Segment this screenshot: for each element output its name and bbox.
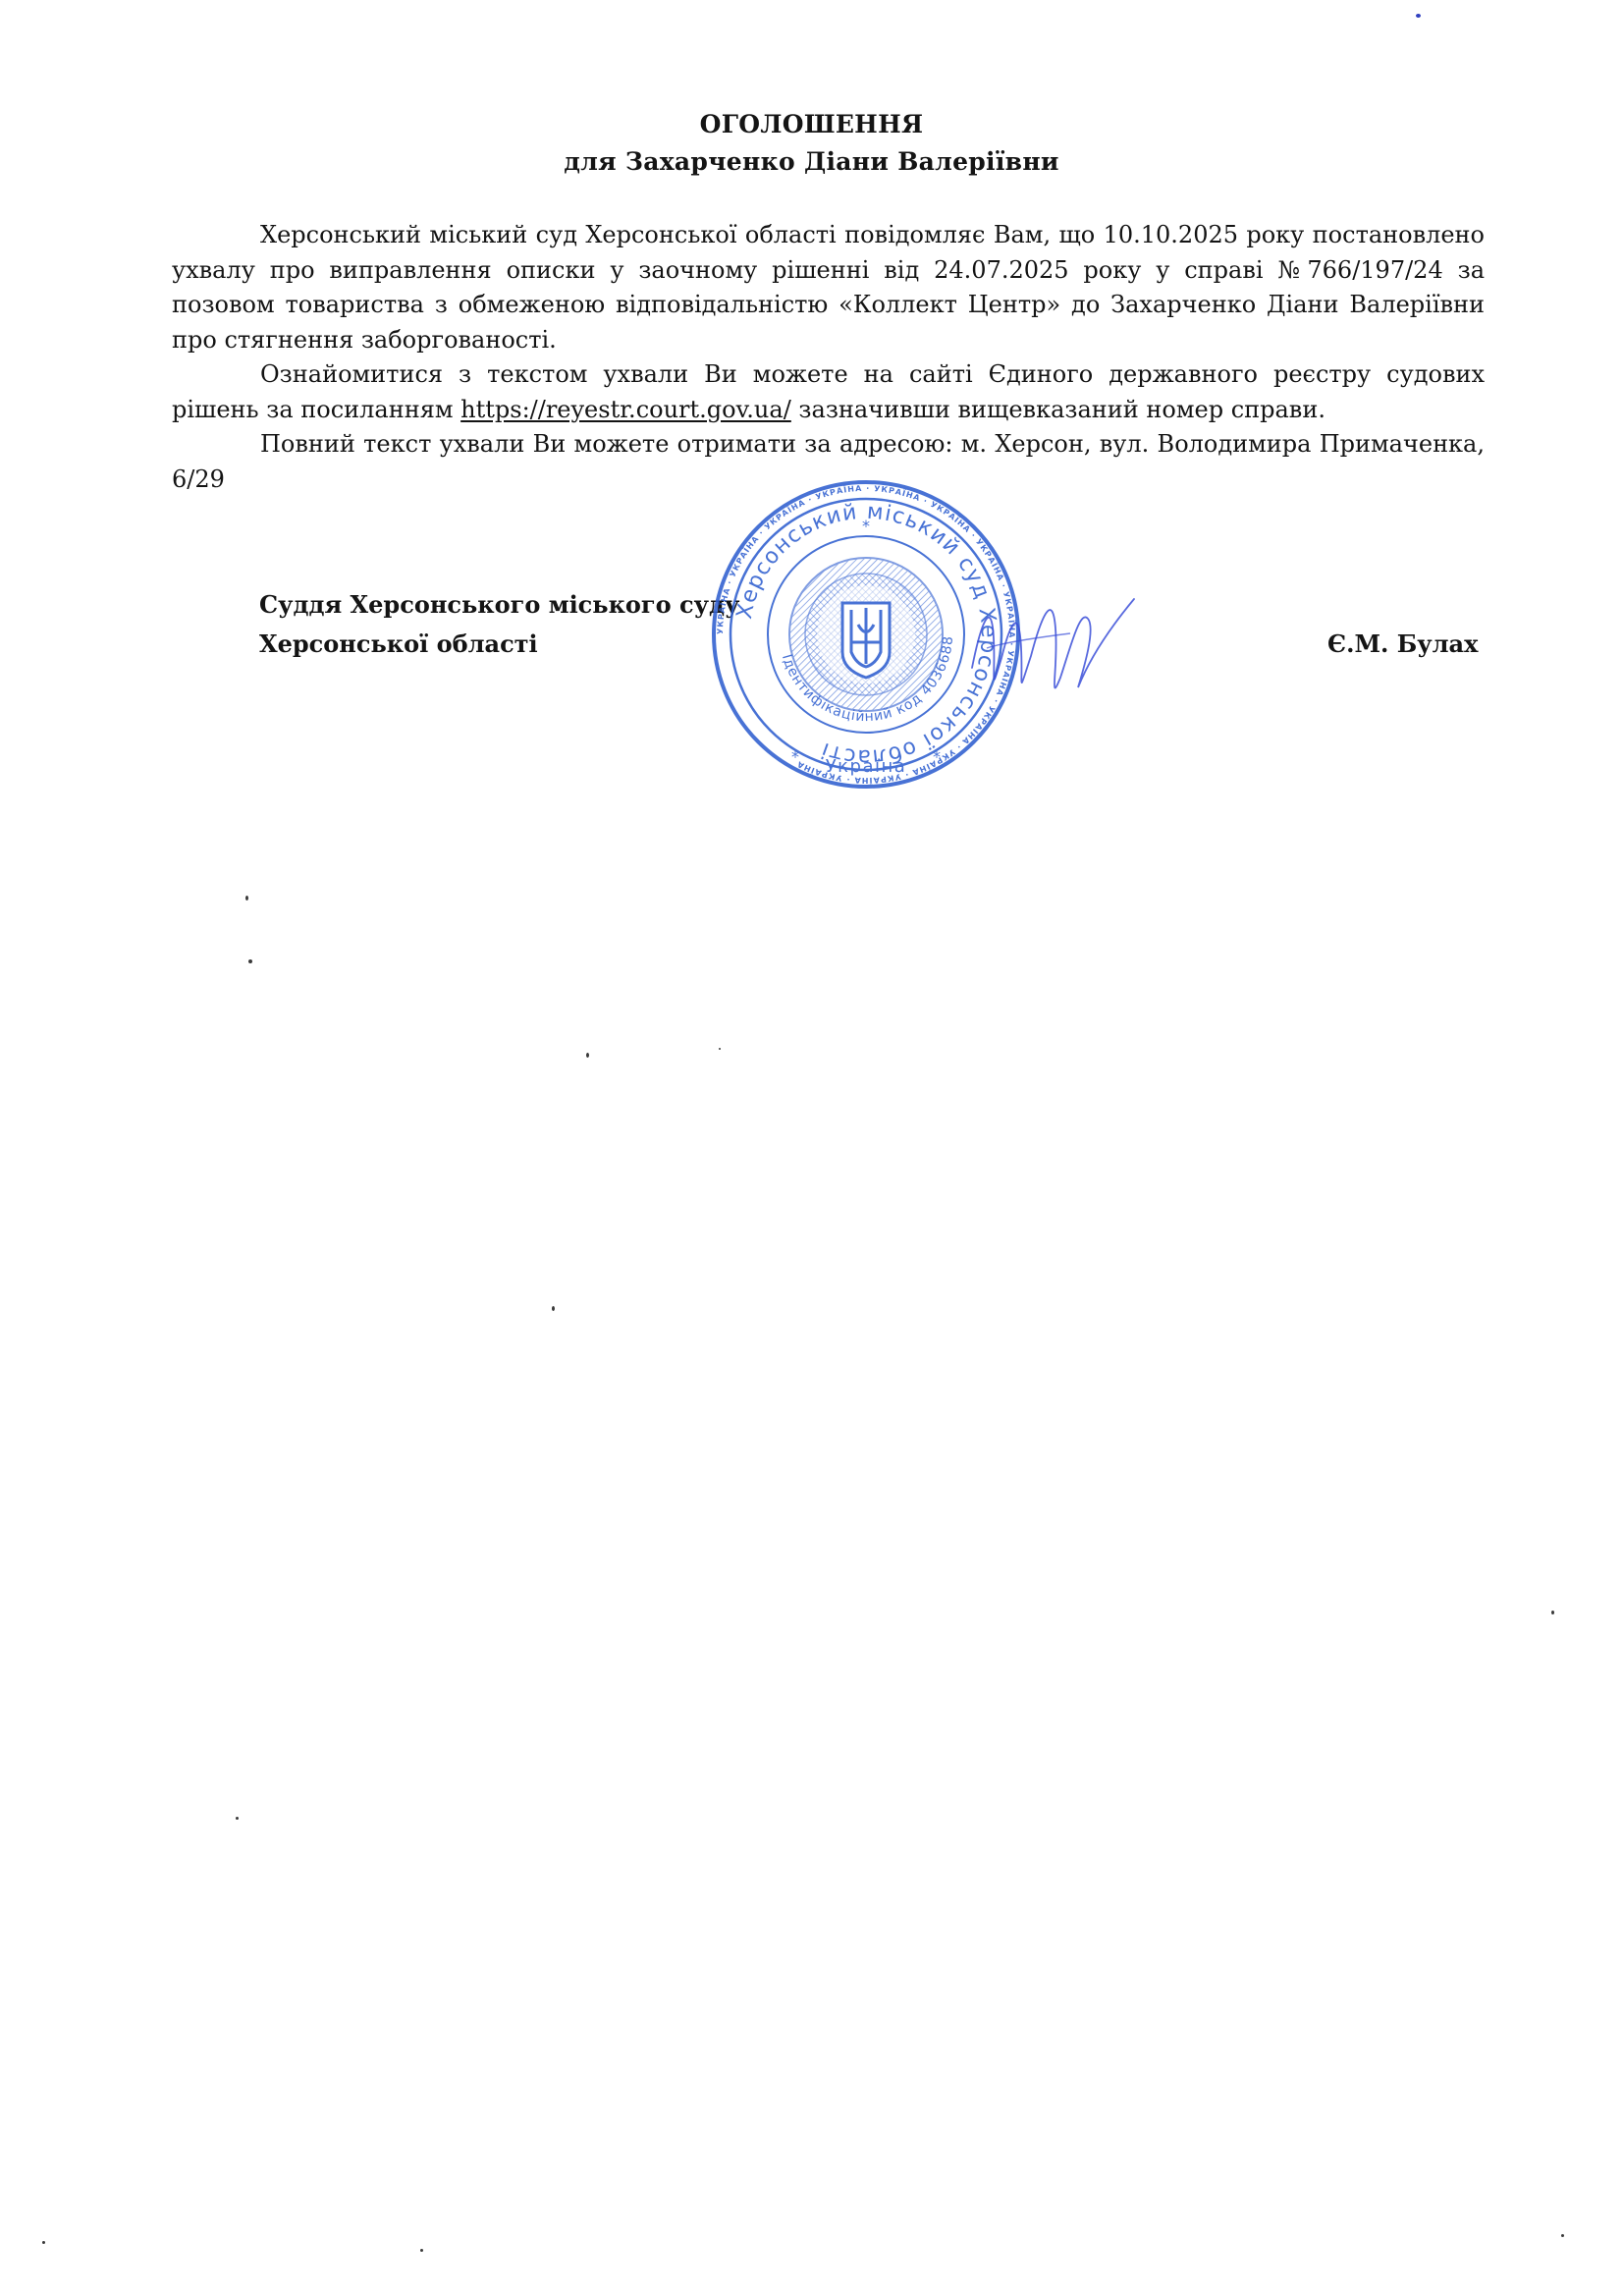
- scan-speck: [248, 959, 252, 963]
- scan-speck: [245, 896, 248, 901]
- scan-speck: [42, 2241, 45, 2244]
- scan-speck: [552, 1306, 555, 1311]
- svg-text:Ідентифікаційний код 40366886: Ідентифікаційний код 40366886: [709, 477, 956, 725]
- scan-speck: [1551, 1611, 1554, 1614]
- scan-speck: [1561, 2234, 1564, 2237]
- document-subtitle: для Захарченко Діани Валеріївни: [0, 147, 1623, 176]
- svg-text:*: *: [862, 517, 870, 535]
- scan-speck: [719, 1048, 721, 1050]
- paragraph-registry-tail: зазначивши вищевказаний номер справи.: [791, 396, 1325, 423]
- judge-position-line2: Херсонської області: [259, 625, 739, 664]
- paragraph-notice: Херсонський міський суд Херсонської обла…: [172, 218, 1485, 357]
- svg-text:Україна: Україна: [826, 756, 907, 777]
- paragraph-registry: Ознайомитися з текстом ухвали Ви можете …: [172, 357, 1485, 427]
- svg-text:*: *: [791, 747, 799, 766]
- svg-text:*: *: [933, 747, 941, 766]
- court-stamp-icon: УКРАЇНА · УКРАЇНА · УКРАЇНА · УКРАЇНА · …: [709, 477, 1023, 792]
- registry-link[interactable]: https://reyestr.court.gov.ua/: [460, 396, 791, 423]
- svg-text:Херсонський міський суд Херсон: Херсонський міський суд Херсонської обла…: [732, 500, 1001, 769]
- judge-name: Є.М. Булах: [1327, 625, 1478, 664]
- scan-speck: [1416, 14, 1421, 18]
- judge-position-line1: Суддя Херсонського міського суду: [259, 585, 739, 625]
- scan-speck: [420, 2249, 423, 2252]
- judge-position: Суддя Херсонського міського суду Херсонс…: [259, 585, 739, 664]
- signature-icon: [962, 579, 1139, 717]
- document-title: ОГОЛОШЕННЯ: [0, 110, 1623, 138]
- svg-text:УКРАЇНА · УКРАЇНА · УКРАЇНА ·: УКРАЇНА · УКРАЇНА · УКРАЇНА · УКРАЇНА · …: [716, 484, 1017, 786]
- document-body: Херсонський міський суд Херсонської обла…: [172, 218, 1485, 497]
- document-page: ОГОЛОШЕННЯ для Захарченко Діани Валеріїв…: [0, 0, 1623, 2296]
- scan-speck: [586, 1053, 589, 1058]
- paragraph-address: Повний текст ухвали Ви можете отримати з…: [172, 427, 1485, 497]
- scan-speck: [236, 1817, 239, 1820]
